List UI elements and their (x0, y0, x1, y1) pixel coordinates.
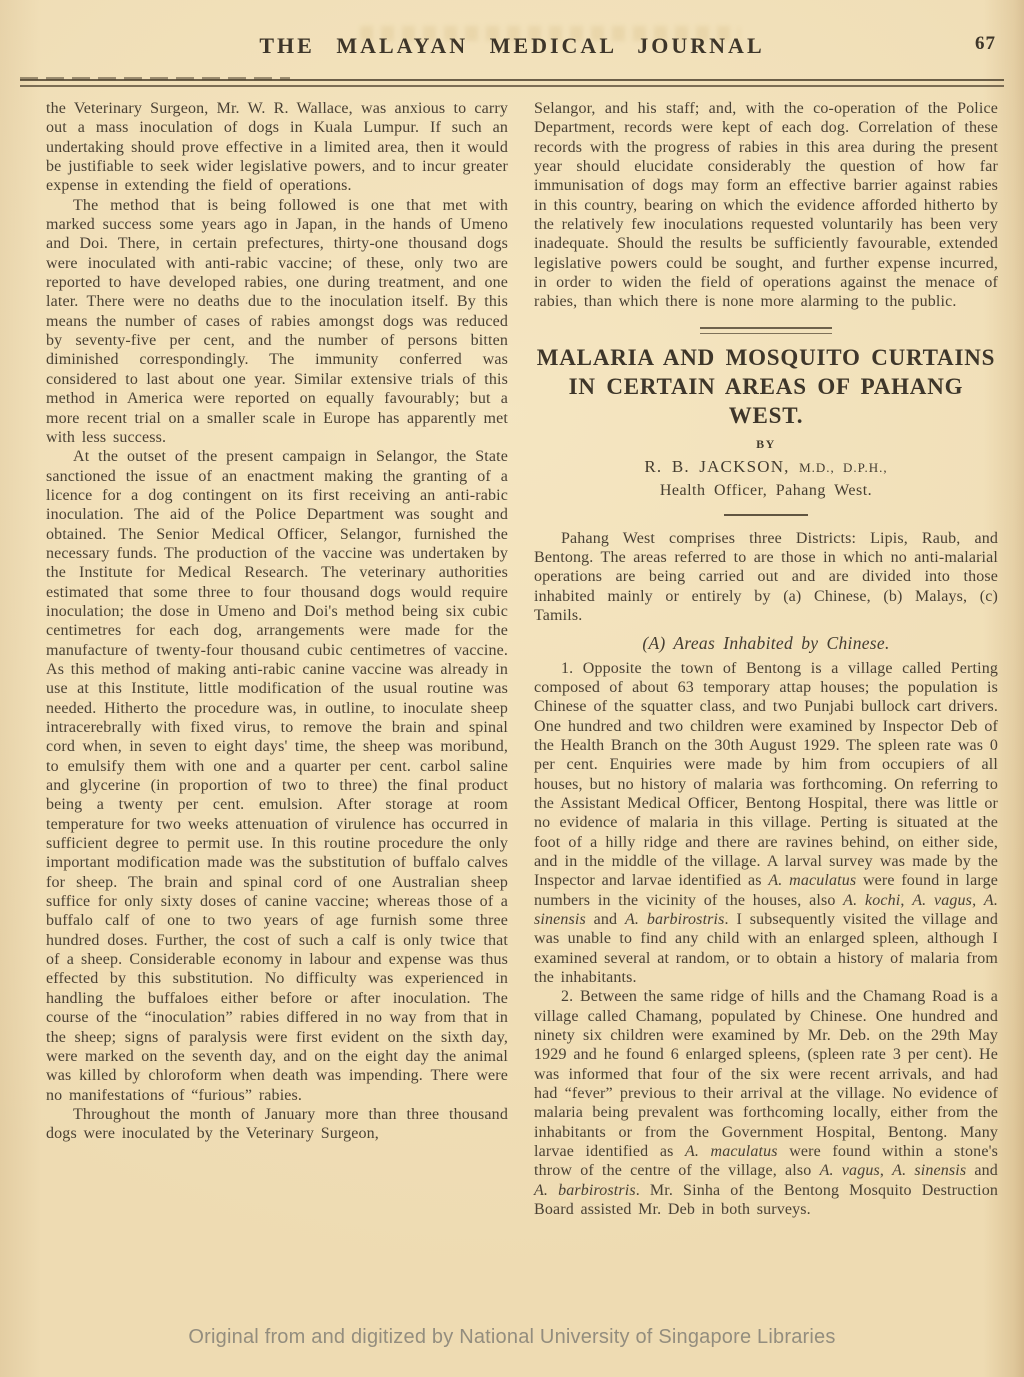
paragraph-rabies-3: At the outset of the present campaign in… (46, 447, 508, 1105)
byline-by-label: BY (534, 437, 998, 452)
author-degrees: M.D., D.P.H., (799, 460, 888, 475)
byline: BY R. B. JACKSON, M.D., D.P.H., Health O… (534, 437, 998, 500)
page-number: 67 (975, 33, 996, 55)
section-a-heading: (A) Areas Inhabited by Chinese. (534, 633, 998, 654)
paragraph-malaria-2: 2. Between the same ridge of hills and t… (534, 987, 998, 1219)
byline-author: R. B. JACKSON, M.D., D.P.H., (534, 457, 998, 477)
article-title: MALARIA AND MOSQUITO CURTAINS IN CERTAIN… (536, 343, 996, 430)
paragraph-malaria-intro: Pahang West comprises three Districts: L… (534, 529, 998, 626)
paragraph-malaria-1: 1. Opposite the town of Bentong is a vil… (534, 659, 998, 988)
paragraph-rabies-4: Throughout the month of January more tha… (46, 1105, 508, 1144)
author-role: Health Officer, Pahang West. (534, 482, 998, 500)
header-rule (20, 79, 1004, 87)
journal-title: THE MALAYAN MEDICAL JOURNAL (0, 33, 1024, 59)
right-column: Selangor, and his staff; and, with the c… (534, 99, 998, 1219)
paragraph-rabies-continuation: Selangor, and his staff; and, with the c… (534, 99, 998, 312)
journal-page: THE MALAYAN MEDICAL JOURNAL 67 the Veter… (0, 0, 1024, 1377)
paragraph-rabies-2: The method that is being followed is one… (46, 196, 508, 447)
author-name: R. B. JACKSON, (644, 457, 789, 476)
byline-rule (724, 514, 808, 516)
digitization-watermark: Original from and digitized by National … (0, 1326, 1024, 1349)
article-divider-rule (700, 327, 832, 334)
left-column: the Veterinary Surgeon, Mr. W. R. Wallac… (46, 99, 508, 1144)
paragraph-rabies-1: the Veterinary Surgeon, Mr. W. R. Wallac… (46, 99, 508, 196)
